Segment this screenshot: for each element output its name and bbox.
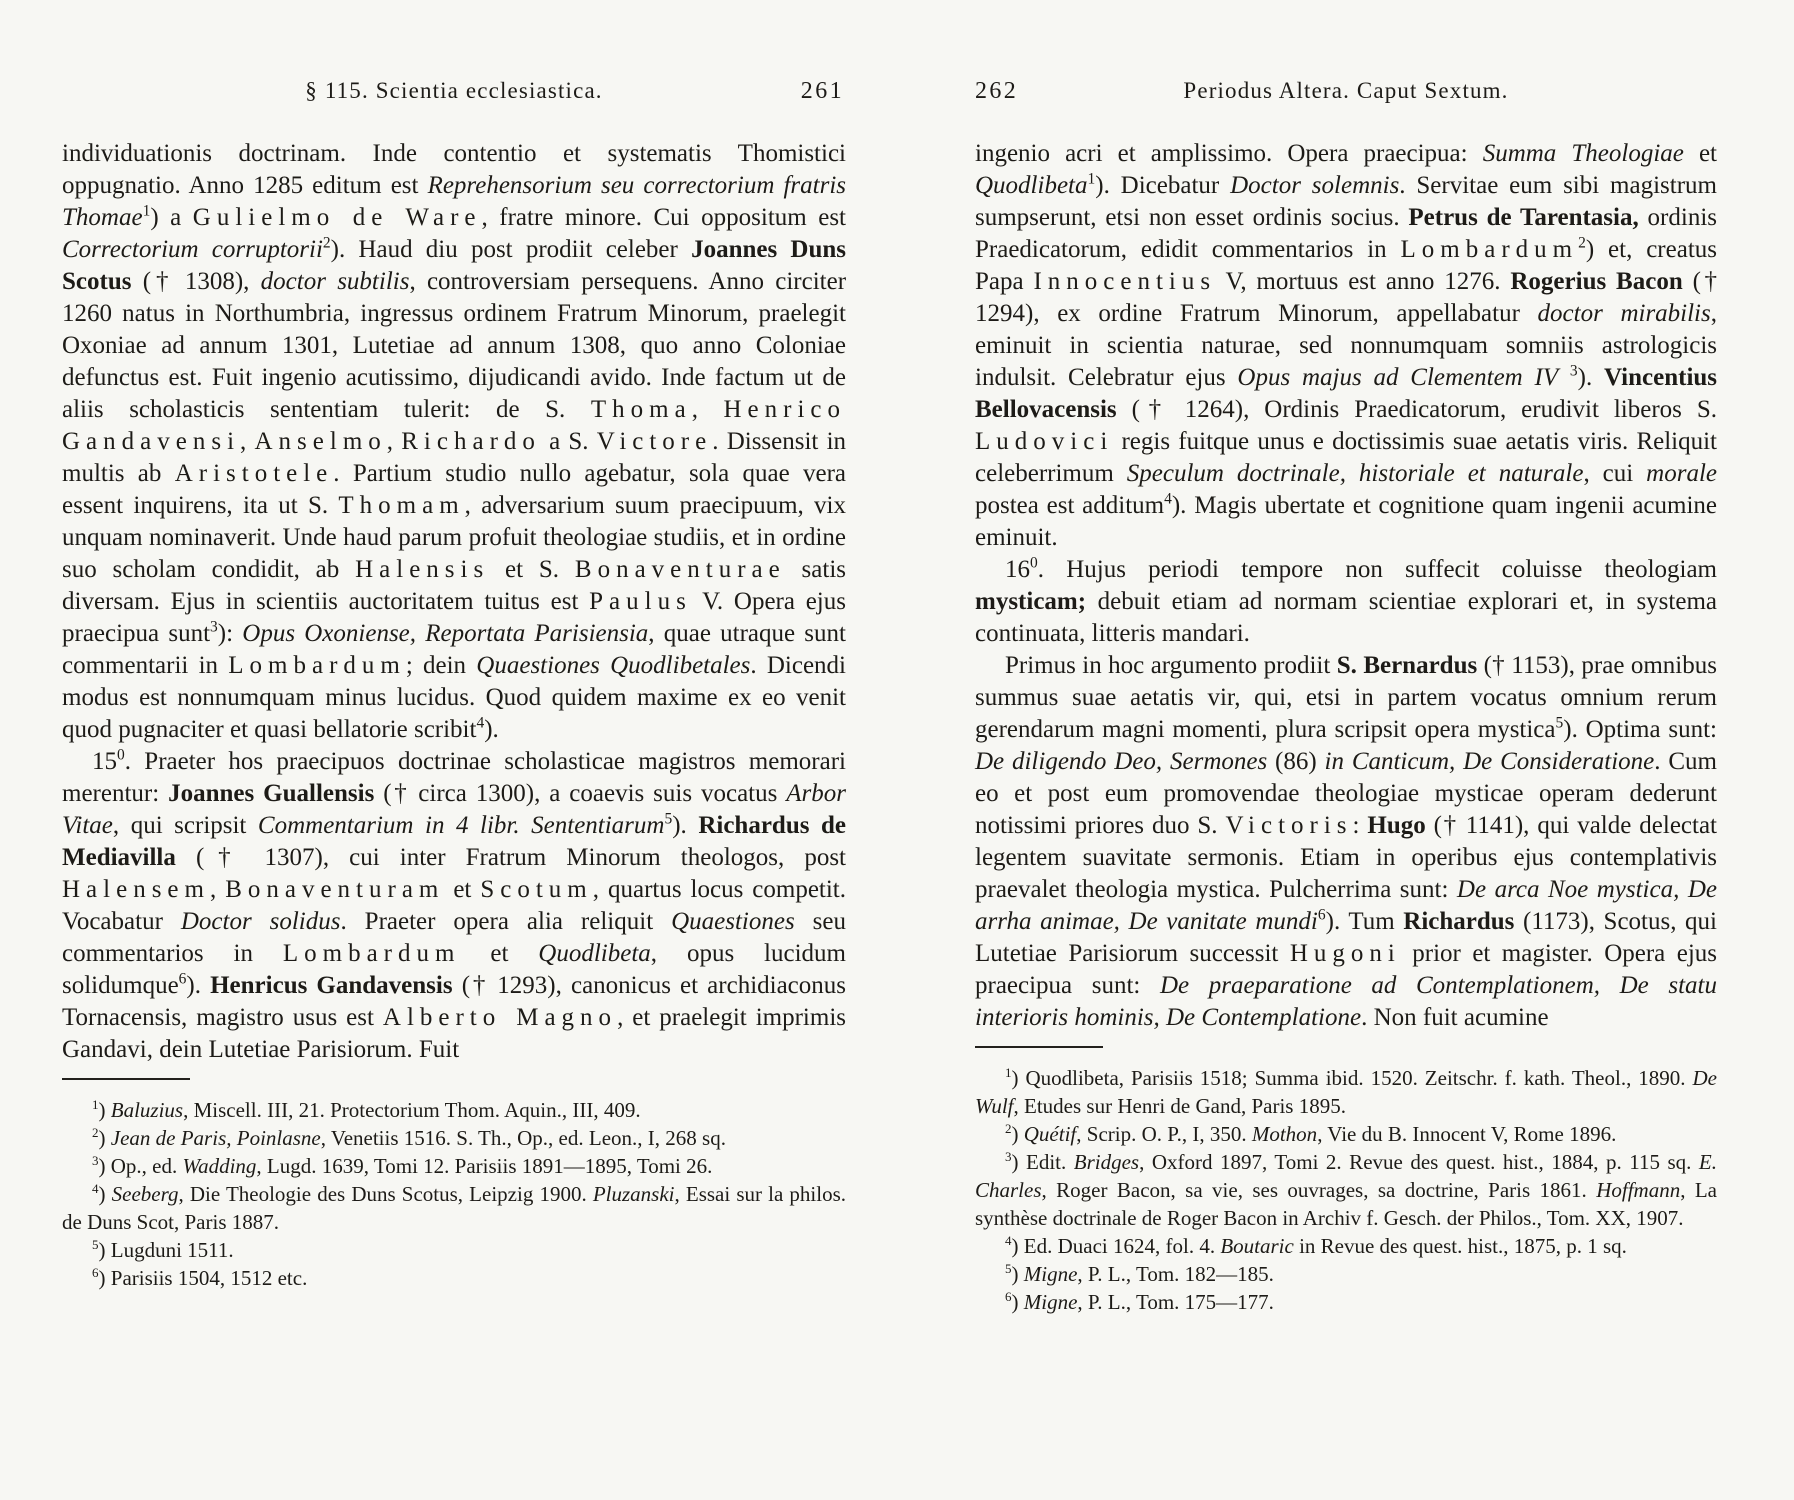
page-number-left: 261 <box>801 78 844 105</box>
paragraph: ingenio acri et amplissimo. Opera praeci… <box>975 138 1717 554</box>
text-run: Quétif <box>1024 1122 1077 1146</box>
text-run: S. Bernardus <box>1337 652 1478 679</box>
text-run: Jean de Paris, Poinlasne <box>111 1126 321 1150</box>
text-run: , <box>240 428 254 455</box>
text-run: a S. <box>541 428 597 455</box>
paragraph: 160. Hujus periodi tempore non suffecit … <box>975 554 1717 650</box>
text-run: Rogerius Bacon <box>1510 268 1682 295</box>
text-run: Innocentius <box>1033 268 1216 295</box>
footnote-ref: 6 <box>1318 907 1326 924</box>
text-run: Halensis <box>355 556 489 583</box>
page-number-right: 262 <box>975 78 1018 105</box>
text-run: († 1264), Ordinis Praedicatorum, erudivi… <box>1117 396 1717 423</box>
text-run <box>1558 364 1570 391</box>
text-run: Mothon <box>1252 1122 1317 1146</box>
text-run: Thomam <box>338 492 464 519</box>
text-run: Lugduni 1511. <box>111 1238 234 1262</box>
text-run: Victore <box>597 428 712 455</box>
paragraph: 150. Praeter hos praecipuos doctrinae sc… <box>62 746 846 1066</box>
text-run: Migne <box>1024 1262 1078 1286</box>
page-262: 262 Periodus Altera. Caput Sextum. ingen… <box>975 78 1717 1316</box>
text-run: († 1307), cui inter Fratrum Minorum theo… <box>176 844 846 871</box>
running-title-right: Periodus Altera. Caput Sextum. <box>975 78 1717 104</box>
text-run: , Venetiis 1516. S. Th., Op., ed. Leon.,… <box>321 1126 726 1150</box>
text-run: et <box>1684 140 1717 167</box>
text-run: , cui <box>1583 460 1646 487</box>
text-run: Halensem <box>62 876 210 903</box>
footnote: 4) Ed. Duaci 1624, fol. 4. Boutaric in R… <box>975 1232 1717 1260</box>
text-run: ) <box>1012 1150 1027 1174</box>
text-run: et S. <box>489 556 575 583</box>
text-run: : <box>1353 812 1368 839</box>
text-run: ; dein <box>406 652 476 679</box>
text-run: Quodlibeta <box>975 172 1088 199</box>
text-run: ) <box>99 1182 112 1206</box>
text-run: Henricus Gandavensis <box>210 972 452 999</box>
footnote-rule-right <box>975 1046 1103 1048</box>
page-261-running-head: § 115. Scientia ecclesiastica. 261 <box>62 78 846 110</box>
text-run: Op., ed. <box>111 1154 183 1178</box>
text-run: , Vie du B. Innocent V, Rome 1896. <box>1317 1122 1616 1146</box>
text-run: Lombardum <box>228 652 406 679</box>
footnote-ref: 3 <box>210 619 218 636</box>
text-run: Lombardum <box>1401 236 1579 263</box>
text-run: Victoris <box>1225 812 1352 839</box>
text-run: ). Dicebatur <box>1095 172 1230 199</box>
footnote: 6) Parisiis 1504, 1512 etc. <box>62 1264 846 1292</box>
text-run: Anselmo <box>255 428 387 455</box>
text-run: Speculum doctrinale, historiale et natur… <box>1127 460 1584 487</box>
text-run: Richardus <box>1403 908 1514 935</box>
footnote-ref: 3 <box>1570 363 1578 380</box>
text-run: Quodlibeta, Parisiis 1518; Summa ibid. 1… <box>1025 1066 1692 1090</box>
text-run: Petrus de Tarentasia, <box>1408 204 1638 231</box>
text-run: Bonaventurae <box>575 556 786 583</box>
text-run: Baluzius <box>111 1098 183 1122</box>
text-run: Paulus <box>589 588 692 615</box>
text-run: Ludovici <box>975 428 1113 455</box>
footnote: 5) Lugduni 1511. <box>62 1236 846 1264</box>
text-run: ). <box>186 972 210 999</box>
text-run: Primus in hoc argumento prodiit <box>1005 652 1337 679</box>
text-run: Quodlibeta <box>538 940 651 967</box>
text-run: . Praeter opera alia reliquit <box>340 908 671 935</box>
text-run: Summa Theologiae <box>1483 140 1684 167</box>
footnote: 6) Migne, P. L., Tom. 175—177. <box>975 1288 1717 1316</box>
text-run: Thoma <box>591 396 692 423</box>
footnote: 5) Migne, P. L., Tom. 182—185. <box>975 1260 1717 1288</box>
text-run: Opus majus ad Clementem IV <box>1237 364 1558 391</box>
footnote-ref: 0 <box>1030 555 1038 572</box>
page-262-footnotes: 1) Quodlibeta, Parisiis 1518; Summa ibid… <box>975 1064 1717 1316</box>
text-run: , <box>387 428 401 455</box>
text-run: , P. L., Tom. 175—177. <box>1077 1290 1274 1314</box>
text-run: . Non fuit acumine <box>1361 1004 1548 1031</box>
footnote-ref: 2 <box>323 235 331 252</box>
text-run: 16 <box>1005 556 1030 583</box>
text-run: Lombardum <box>283 940 461 967</box>
text-run: ) <box>1012 1290 1024 1314</box>
footnote-rule-left <box>62 1078 190 1080</box>
text-run: , Lugd. 1639, Tomi 12. Parisiis 1891—189… <box>256 1154 712 1178</box>
footnote: 4) Seeberg, Die Theologie des Duns Scotu… <box>62 1180 846 1236</box>
text-run: Edit. <box>1026 1150 1074 1174</box>
text-run: ) <box>99 1266 111 1290</box>
text-run: . Hujus periodi tempore non suffecit col… <box>1038 556 1717 583</box>
text-run: ) <box>1012 1122 1024 1146</box>
footnote: 1) Baluzius, Miscell. III, 21. Protector… <box>62 1096 846 1124</box>
text-run: Alberto Magno <box>383 1004 617 1031</box>
footnote-ref: 2 <box>1578 235 1586 252</box>
text-run: et <box>460 940 538 967</box>
text-run: ): <box>218 620 242 647</box>
text-run: ) <box>99 1126 111 1150</box>
text-run: Seeberg <box>112 1182 179 1206</box>
text-run: debuit etiam ad normam scientiae explora… <box>975 588 1717 647</box>
text-run: , P. L., Tom. 182—185. <box>1077 1262 1274 1286</box>
text-run: Opus Oxoniense, Reportata Parisiensia <box>242 620 648 647</box>
text-run: , Roger Bacon, sa vie, ses ouvrages, sa … <box>1042 1178 1597 1202</box>
text-run: in Canticum, De Consideratione <box>1325 748 1655 775</box>
text-run: Scotum <box>480 876 592 903</box>
text-run: Hugo <box>1367 812 1425 839</box>
text-run: ) a <box>150 204 192 231</box>
text-run: 15 <box>92 748 117 775</box>
text-run: et <box>444 876 480 903</box>
footnote: 1) Quodlibeta, Parisiis 1518; Summa ibid… <box>975 1064 1717 1120</box>
text-run: , <box>692 396 724 423</box>
text-run: ). <box>672 812 698 839</box>
paragraph: Primus in hoc argumento prodiit S. Berna… <box>975 650 1717 1034</box>
text-run: ) <box>99 1098 111 1122</box>
text-run: V, mortuus est anno 1276. <box>1216 268 1510 295</box>
text-run: Correctorium corruptorii <box>62 236 323 263</box>
text-run: ) <box>1012 1262 1024 1286</box>
text-run: mysticam; <box>975 588 1086 615</box>
text-run: , Oxford 1897, Tomi 2. Revue des quest. … <box>1139 1150 1699 1174</box>
text-run: Doctor solemnis <box>1230 172 1399 199</box>
text-run: , fratre minore. Cui oppositum est <box>482 204 846 231</box>
text-run: Ed. Duaci 1624, fol. 4. <box>1024 1234 1221 1258</box>
text-run: ) <box>1012 1066 1026 1090</box>
text-run: Migne <box>1024 1290 1078 1314</box>
text-run: in Revue des quest. hist., 1875, p. 1 sq… <box>1294 1234 1627 1258</box>
text-run: ) <box>1012 1234 1024 1258</box>
footnote-ref: 4 <box>1164 491 1172 508</box>
paragraph: individuationis doctrinam. Inde contenti… <box>62 138 846 746</box>
book-spread-scan: § 115. Scientia ecclesiastica. 261 indiv… <box>0 0 1794 1500</box>
text-run: Quaestiones <box>671 908 795 935</box>
page-262-body: ingenio acri et amplissimo. Opera praeci… <box>975 138 1717 1034</box>
text-run: Parisiis 1504, 1512 etc. <box>111 1266 308 1290</box>
text-run: Doctor solidus <box>181 908 341 935</box>
text-run: ). Optima sunt: <box>1563 716 1717 743</box>
text-run: ingenio acri et amplissimo. Opera praeci… <box>975 140 1483 167</box>
footnote-ref: 0 <box>117 747 125 764</box>
text-run: Bridges <box>1074 1150 1139 1174</box>
footnote: 2) Jean de Paris, Poinlasne, Venetiis 15… <box>62 1124 846 1152</box>
text-run: Pluzanski <box>593 1182 675 1206</box>
page-262-running-head: 262 Periodus Altera. Caput Sextum. <box>975 78 1717 110</box>
text-run: De diligendo Deo, Sermones <box>975 748 1267 775</box>
footnote: 3) Edit. Bridges, Oxford 1897, Tomi 2. R… <box>975 1148 1717 1232</box>
text-run: († 1308), <box>131 268 260 295</box>
text-run: († circa 1300), a coaevis suis vocatus <box>374 780 786 807</box>
text-run: , Scrip. O. P., I, 350. <box>1076 1122 1252 1146</box>
text-run: (86) <box>1267 748 1324 775</box>
text-run: Wadding <box>183 1154 257 1178</box>
footnote: 2) Quétif, Scrip. O. P., I, 350. Mothon,… <box>975 1120 1717 1148</box>
text-run: , Etudes sur Henri de Gand, Paris 1895. <box>1014 1094 1346 1118</box>
text-run: ) <box>99 1154 111 1178</box>
text-run: morale <box>1646 460 1717 487</box>
text-run: Hoffmann <box>1596 1178 1680 1202</box>
running-title-left: § 115. Scientia ecclesiastica. <box>62 78 846 104</box>
text-run: , <box>210 876 225 903</box>
text-run: ). Tum <box>1326 908 1404 935</box>
page-261-footnotes: 1) Baluzius, Miscell. III, 21. Protector… <box>62 1096 846 1292</box>
page-261: § 115. Scientia ecclesiastica. 261 indiv… <box>62 78 846 1292</box>
text-run: doctor subtilis <box>261 268 410 295</box>
text-run: postea est additum <box>975 492 1164 519</box>
text-run: , qui scripsit <box>113 812 258 839</box>
text-run: Bonaventuram <box>225 876 444 903</box>
text-run: Richardo <box>401 428 541 455</box>
text-run: , Miscell. III, 21. Protectorium Thom. A… <box>183 1098 640 1122</box>
footnote: 3) Op., ed. Wadding, Lugd. 1639, Tomi 12… <box>62 1152 846 1180</box>
text-run: Gulielmo de Ware <box>193 204 482 231</box>
text-run: Aristotele <box>175 460 334 487</box>
text-run: doctor mirabilis <box>1538 300 1711 327</box>
page-261-body: individuationis doctrinam. Inde contenti… <box>62 138 846 1066</box>
text-run: ). Haud diu post prodiit celeber <box>331 236 691 263</box>
text-run: , Die Theologie des Duns Scotus, Leipzig… <box>179 1182 593 1206</box>
text-run: Boutaric <box>1220 1234 1294 1258</box>
text-run: Quaestiones Quodlibetales <box>476 652 750 679</box>
text-run: ). <box>1578 364 1604 391</box>
text-run: ). <box>484 716 499 743</box>
text-run: Joannes Guallensis <box>168 780 374 807</box>
text-run: ) <box>99 1238 111 1262</box>
text-run: Commentarium in 4 libr. Sententiarum <box>258 812 665 839</box>
text-run: Hugoni <box>1290 940 1401 967</box>
